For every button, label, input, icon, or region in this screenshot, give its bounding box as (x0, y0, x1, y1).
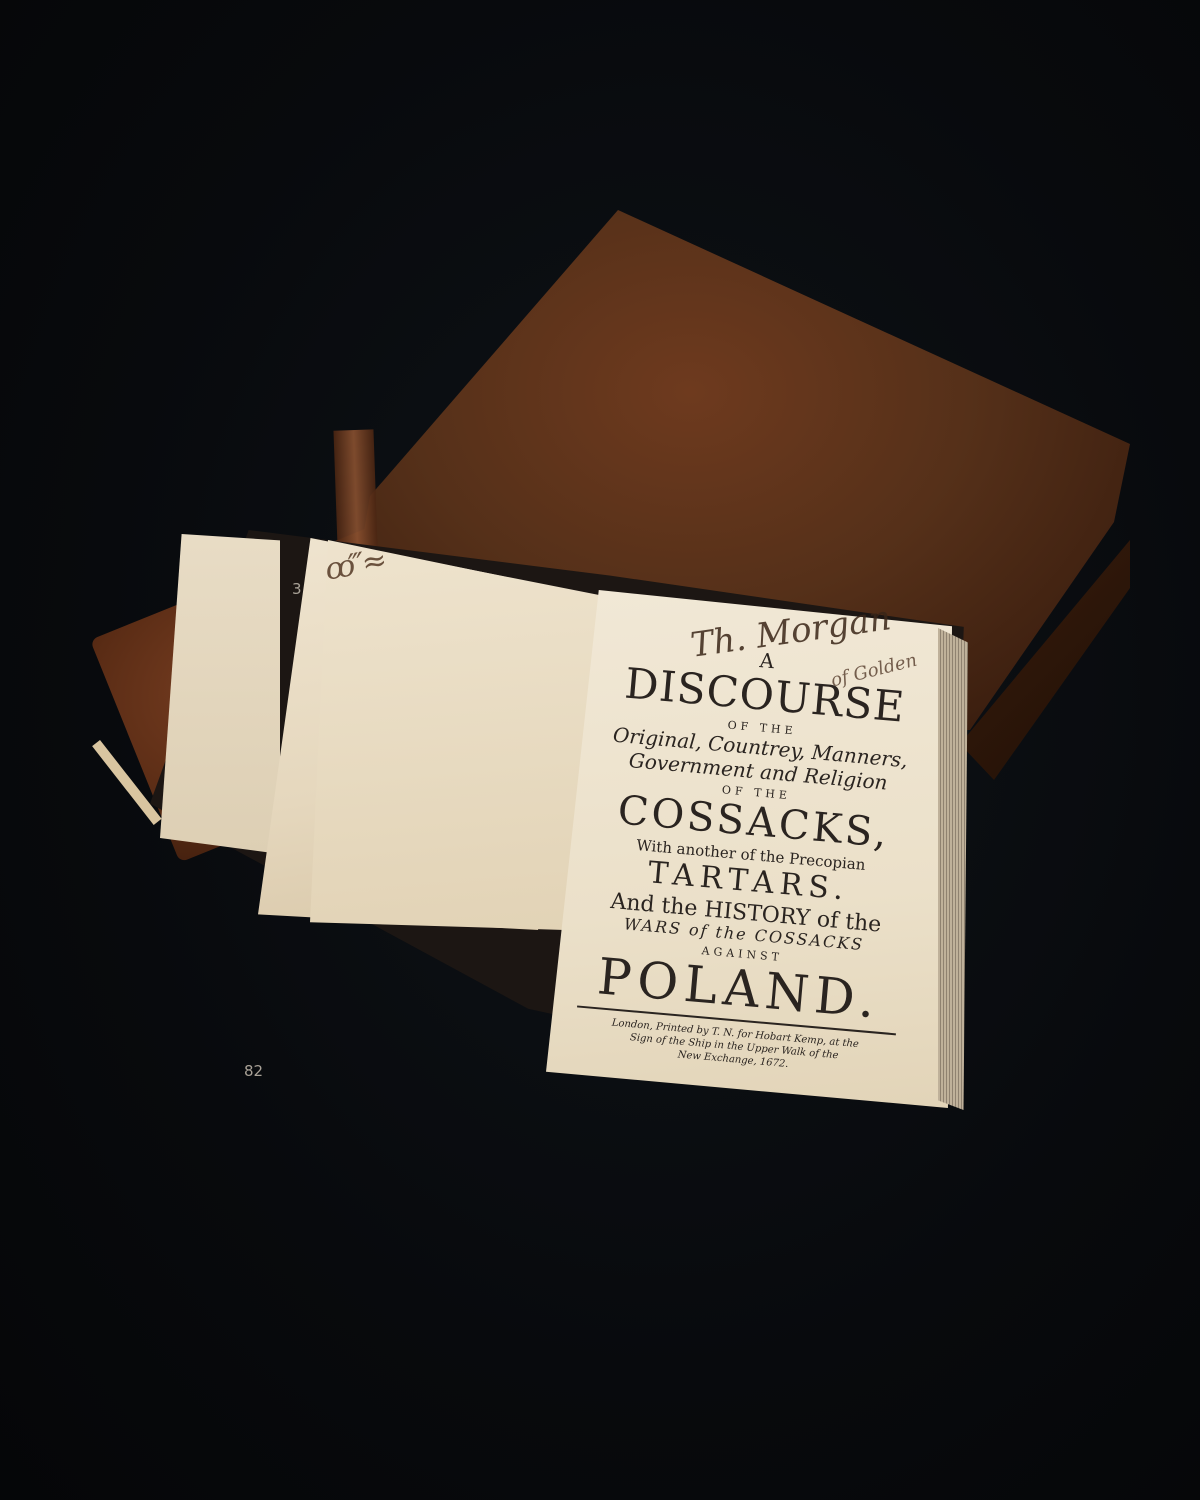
left-page (310, 540, 610, 930)
page-fore-edge (938, 628, 968, 1110)
pencil-mark-top: 3 (292, 580, 302, 598)
left-endpaper (160, 534, 280, 854)
title-page-text: A DISCOURSE OF THE Original, Countrey, M… (563, 630, 939, 1081)
pencil-mark-bottom: 82 (244, 1062, 263, 1080)
